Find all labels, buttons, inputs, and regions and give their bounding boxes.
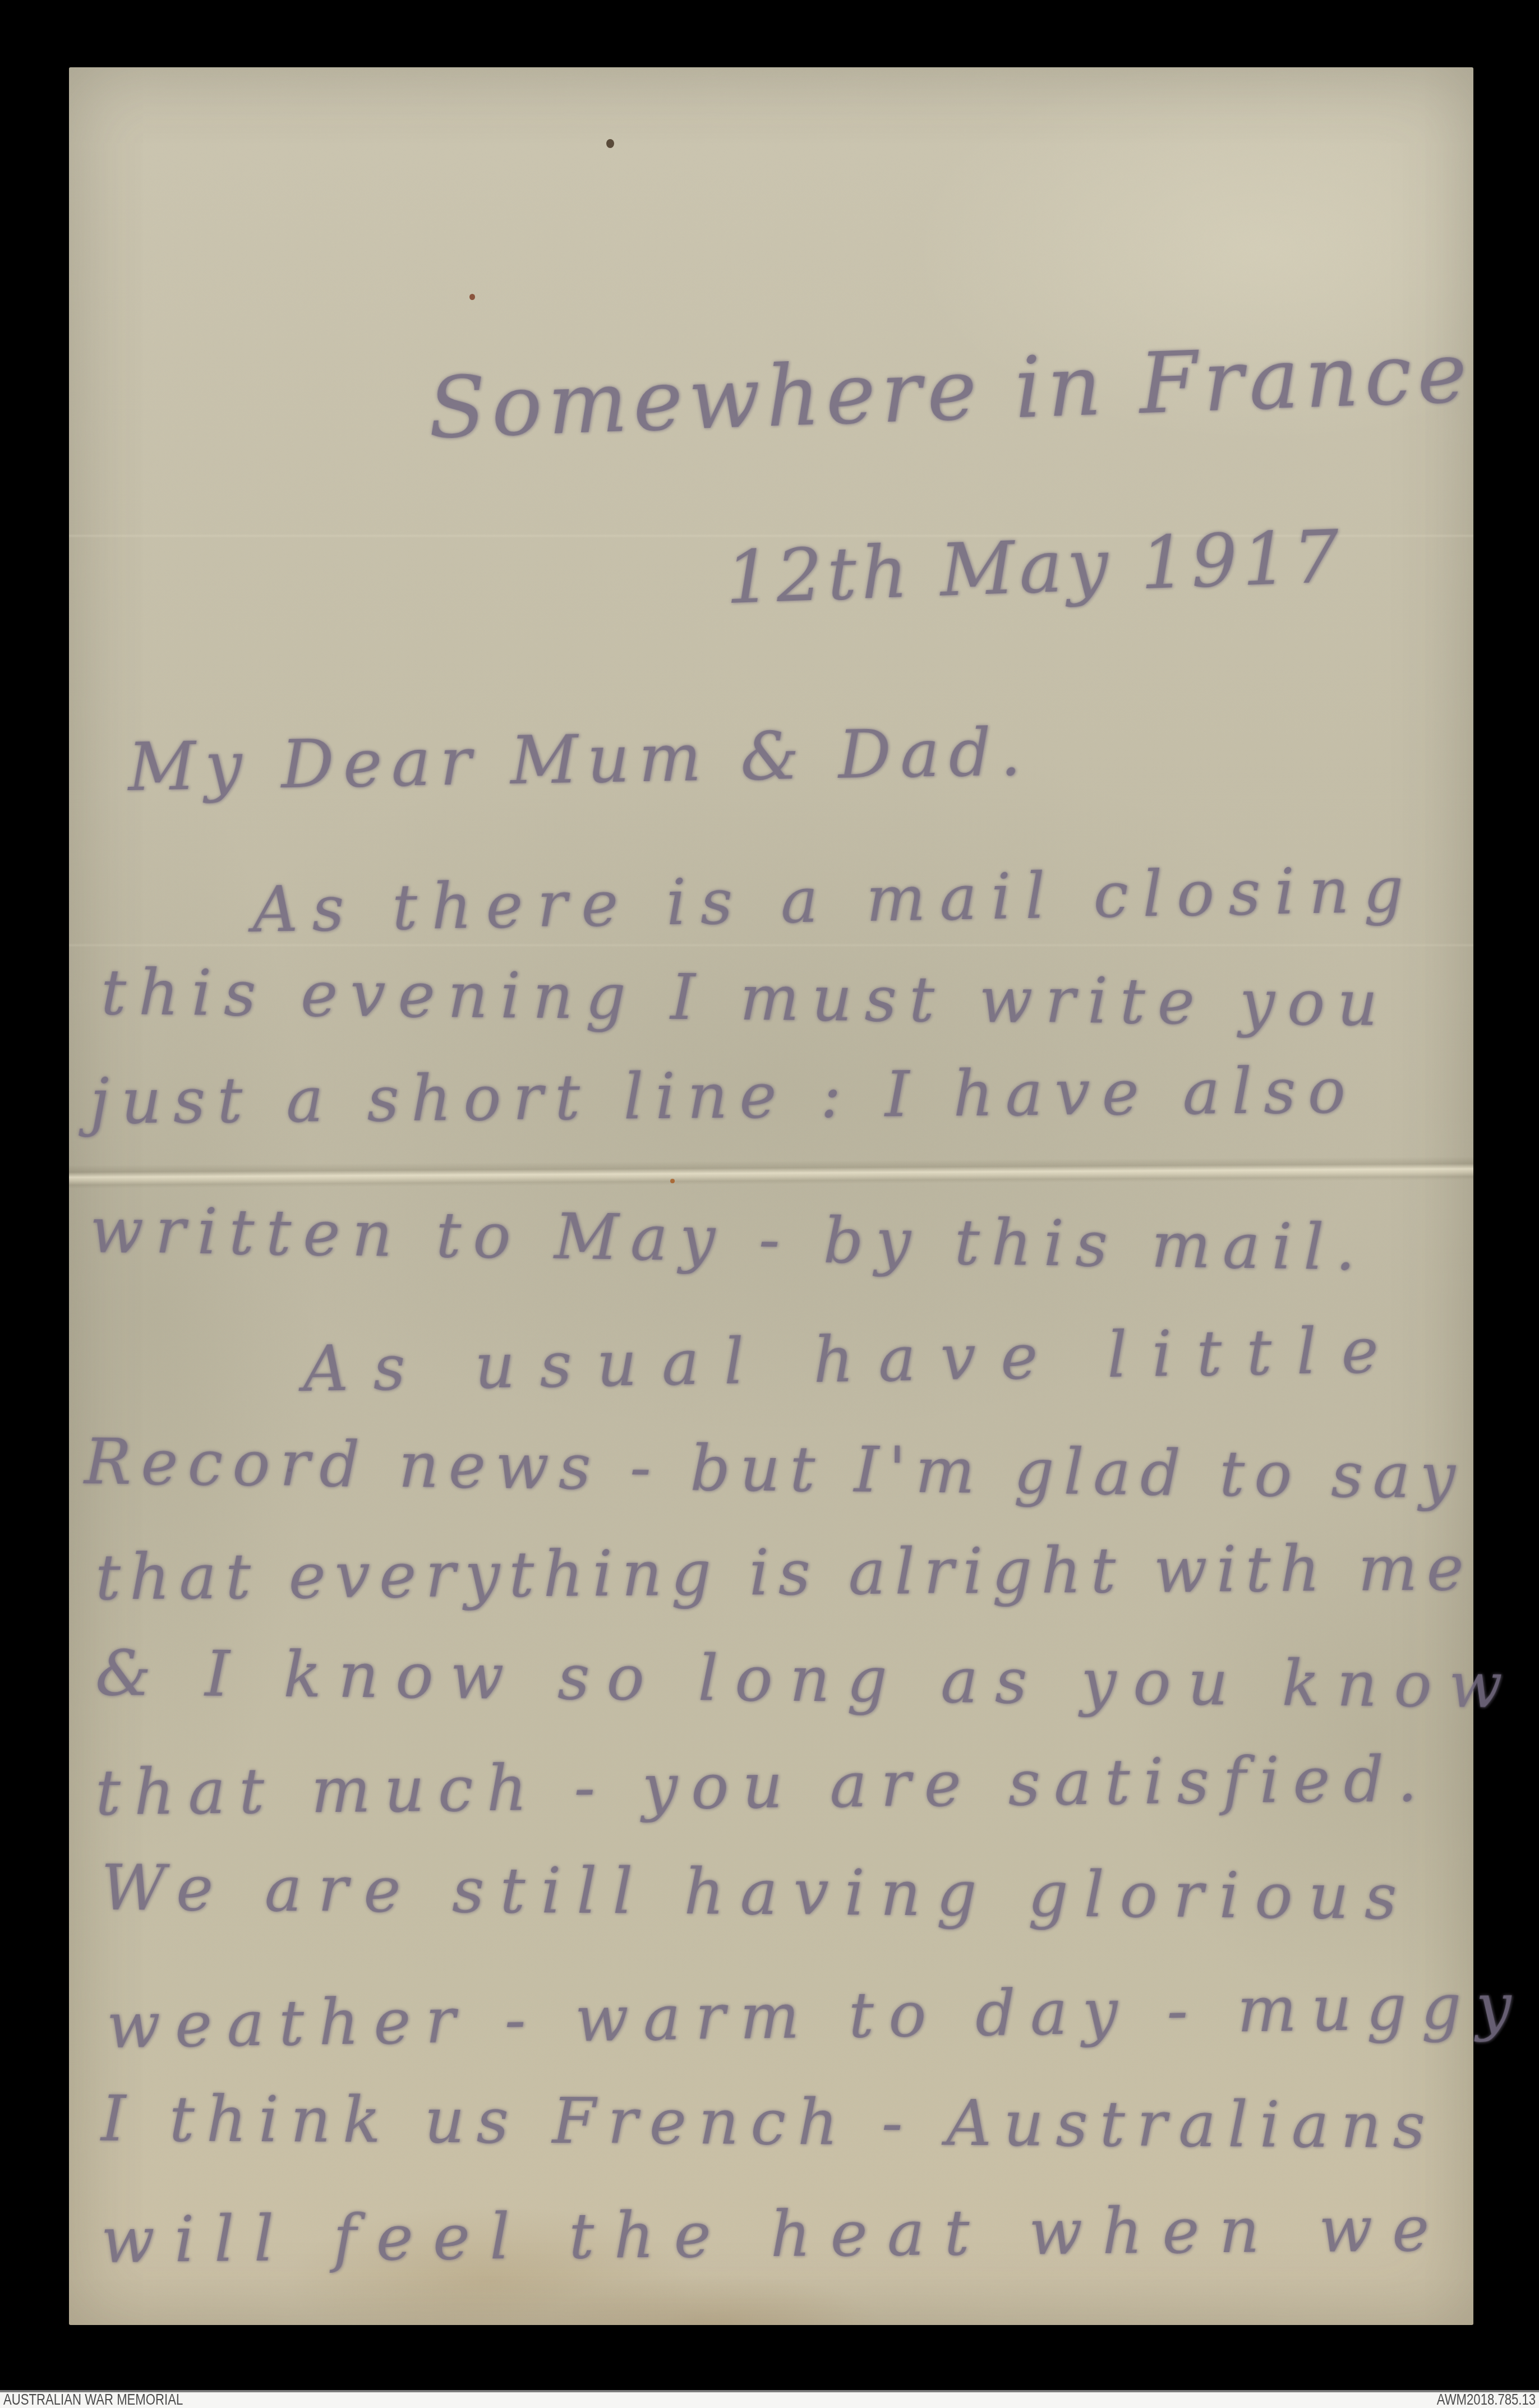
paper-speck xyxy=(469,294,475,300)
handwritten-line: that much - you are satisfied. xyxy=(95,1743,1431,1830)
handwritten-line: We are still having glorious xyxy=(101,1852,1413,1934)
handwritten-line: that everything is alright with me xyxy=(95,1531,1473,1614)
handwritten-date-line: 12th May 1917 xyxy=(724,514,1346,620)
letter-page: Somewhere in France 12th May 1917 My Dea… xyxy=(69,67,1473,2325)
paper-speck xyxy=(606,139,614,148)
handwritten-line: just a short line : I have also xyxy=(89,1054,1357,1138)
handwritten-line: this evening I must write you xyxy=(100,956,1390,1040)
paper-speck xyxy=(670,1179,675,1183)
archive-institution-label: AUSTRALIAN WAR MEMORIAL xyxy=(3,2392,183,2407)
handwritten-line: I think us French - Australians xyxy=(101,2083,1437,2162)
handwritten-line: Record news - but I'm glad to say xyxy=(84,1426,1465,1513)
handwritten-line: As usual have little xyxy=(302,1314,1404,1406)
scan-viewer: Somewhere in France 12th May 1917 My Dea… xyxy=(0,0,1539,2408)
archive-caption-bar: AUSTRALIAN WAR MEMORIAL AWM2018.785.13 xyxy=(0,2390,1539,2408)
fold-crease xyxy=(69,1156,1473,1188)
handwritten-line: As there is a mail closing xyxy=(252,854,1418,947)
handwritten-place-line: Somewhere in France xyxy=(427,324,1475,458)
handwritten-line: written to May - by this mail. xyxy=(89,1194,1367,1285)
handwritten-salutation: My Dear Mum & Dad. xyxy=(127,713,1031,806)
handwritten-line: weather - warm to day - muggy xyxy=(106,1969,1526,2062)
archive-accession-number: AWM2018.785.13 xyxy=(1437,2392,1536,2407)
handwritten-line: & I know so long as you know xyxy=(95,1637,1519,1722)
handwritten-line: will feel the heat when we xyxy=(100,2193,1449,2277)
